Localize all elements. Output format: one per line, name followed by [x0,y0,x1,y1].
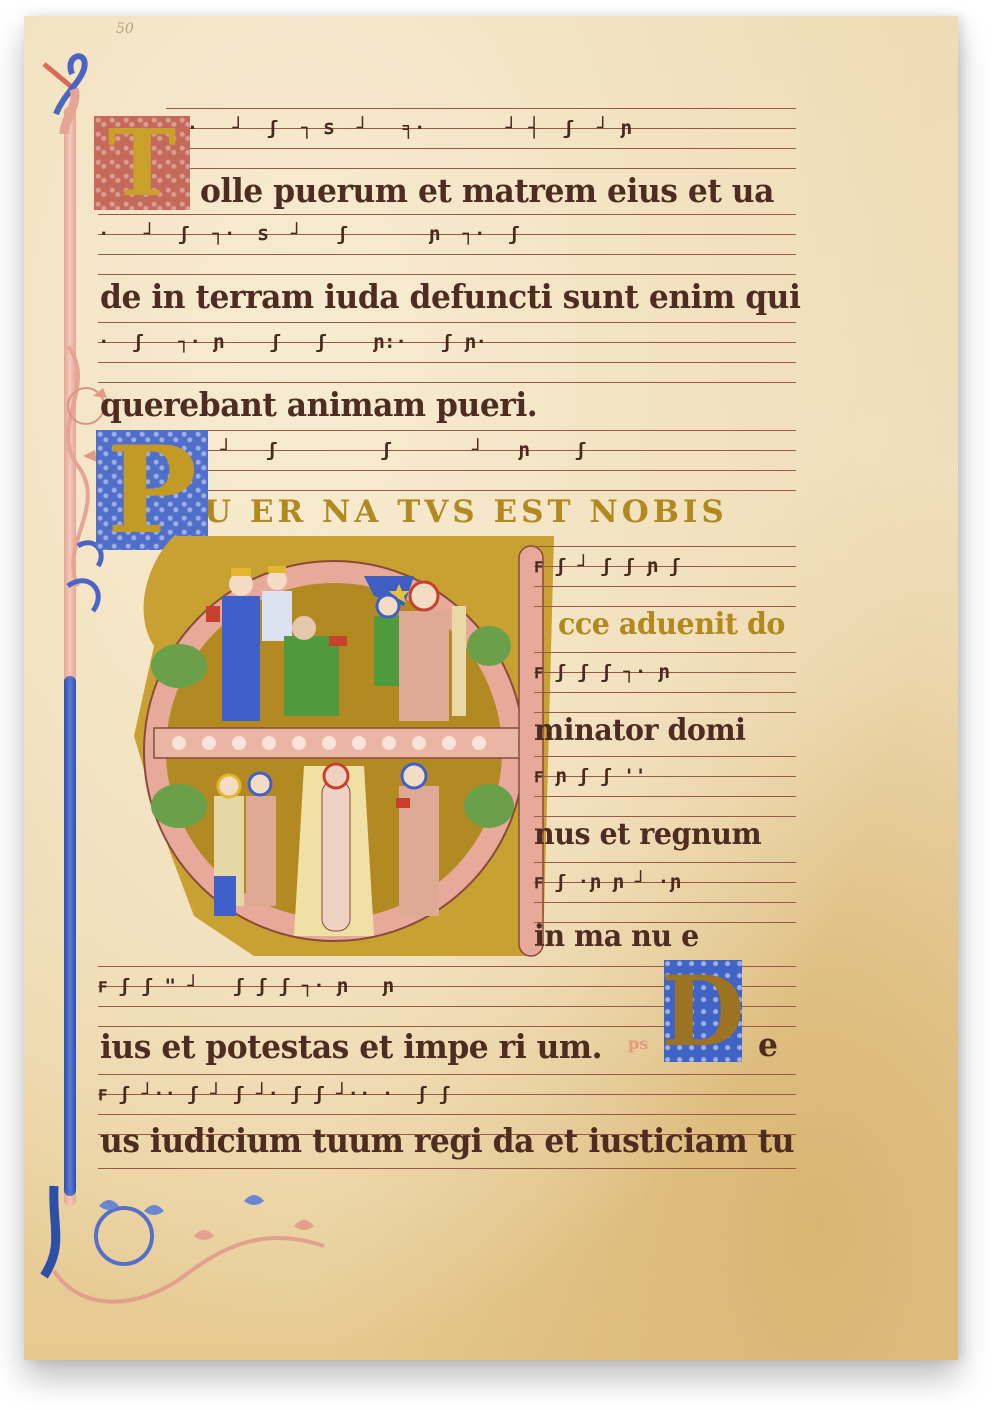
psalm-rubric: ps [628,1034,648,1053]
initial-letter-d: D [661,955,744,1068]
text-line-1: olle puerum et matrem eius et ua [200,174,774,207]
neumes-staff-4: · ┘ ʃ ʃ ┘ ɲ ʃ [186,439,796,501]
text-line-5: cce aduenit do [558,610,785,640]
historiated-initial-e-miniature [134,536,554,960]
staff-1: ꜰ · ┘ ʃ ┐ ꜱ ┘ ╕· ┘ ┤ ʃ ┘ ɲ [166,108,796,171]
text-line-10: us iudicium tuum regi da et iusticiam tu [100,1124,794,1157]
margin-border-blue [64,676,76,1196]
text-line-3: querebant animam pueri. [100,388,537,421]
neumes-staff-2: · ┘ ʃ ┐· ꜱ ┘ ʃ ɲ ┐· ʃ [98,223,796,285]
staff-6: ꜰ ʃ ʃ ʃ ┐· ɲ [534,652,796,715]
manuscript-page: 50 ꜰ · ┘ ʃ ┐ ꜱ ┘ ╕· ┘ ┤ ʃ ┘ ɲ olle pueru… [24,16,958,1360]
text-line-2: de in terram iuda defuncti sunt enim qui [100,280,800,313]
staff-4: · ┘ ʃ ʃ ┘ ɲ ʃ [186,430,796,493]
neumes-staff-1: ꜰ · ┘ ʃ ┐ ꜱ ┘ ╕· ┘ ┤ ʃ ┘ ɲ [166,117,796,179]
bottom-vine-flourish-icon [24,1166,344,1316]
text-line-8: in ma nu e [534,922,699,952]
illuminated-initial-p: P [96,430,208,550]
neumes-staff-3: · ʃ ┐· ɲ ʃ ʃ ɲ:· ʃ ɲ· [98,331,796,393]
text-line-7: nus et regnum [534,820,761,850]
illuminated-initial-d: D [664,960,742,1062]
staff-rule-final [98,1168,796,1169]
staff-7: ꜰ ɲ ʃ ʃ '' [534,756,796,819]
illuminated-initial-t: T [94,116,190,210]
staff-3: · ʃ ┐· ɲ ʃ ʃ ɲ:· ʃ ɲ· [98,322,796,385]
text-line-4-capitals: U ER NA TVS EST NOBIS [204,494,728,530]
text-line-9: ius et potestas et impe ri um. [100,1030,602,1063]
initial-letter-t: T [108,109,176,217]
staff-2: · ┘ ʃ ┐· ꜱ ┘ ʃ ɲ ┐· ʃ [98,214,796,277]
folio-number: 50 [116,21,134,37]
text-line-9-continuation: e [758,1028,777,1061]
staff-8: ꜰ ʃ ·ɲ ɲ ┘ ·ɲ [534,862,796,925]
staff-5: ꜰ ʃ ┘ ʃ ʃ ɲ ʃ [534,546,796,609]
text-line-6: minator domi [534,716,746,746]
